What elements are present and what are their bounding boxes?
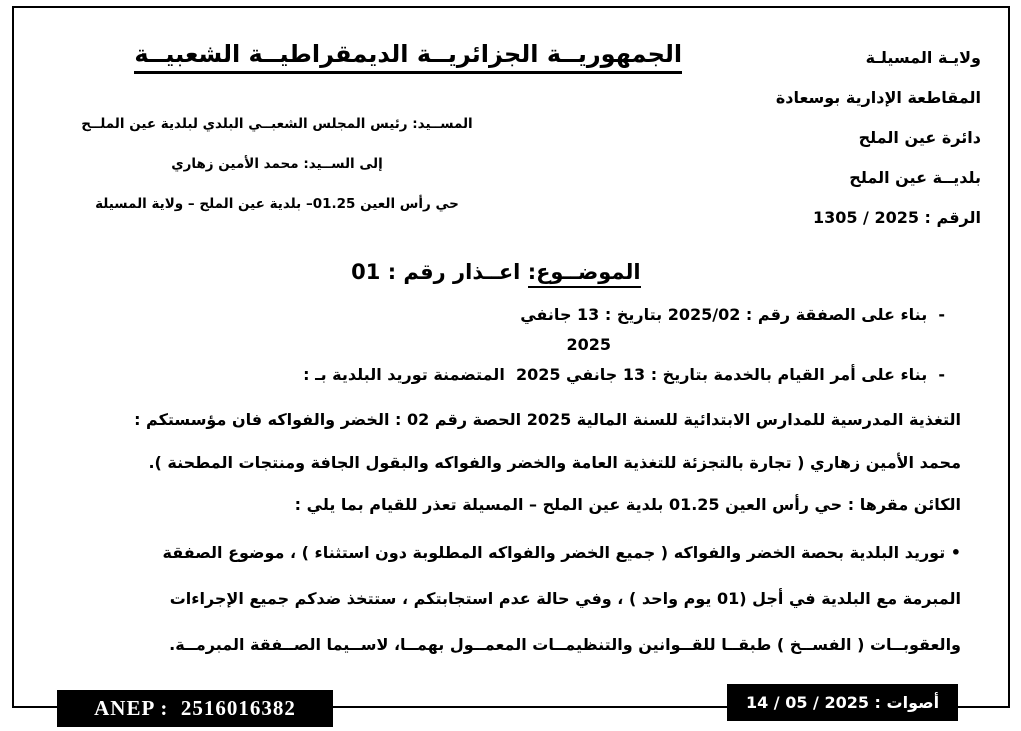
national-republic-title: الجمهوريــة الجزائريــة الديمقراطيــة ال… (134, 40, 682, 74)
obligation-item-line2: المبرمة مع البلدية في أجل (01 يوم واحد )… (56, 584, 961, 614)
commune-line: بلديــة عين الملح (776, 168, 981, 187)
subject-text: اعــذار رقم : 01 (351, 260, 528, 284)
reference-number: الرقم : 2025 / 1305 (776, 208, 981, 227)
supplier-address-paragraph: الكائن مقرها : حي رأس العين 01.25 بلدية … (56, 490, 961, 520)
recipient-line: إلى الســيد: محمد الأمين زهاري (62, 156, 492, 172)
wilaya-line: ولايـة المسيلـة (776, 48, 981, 67)
addressee-block: المســيد: رئيس المجلس الشعبــي البلدي لب… (62, 116, 492, 236)
journal-date-badge: أصوات : 2025 / 05 / 14 (727, 684, 958, 721)
school-feeding-paragraph: التغذية المدرسية للمدارس الابتدائية للسن… (56, 405, 961, 435)
considering-service-order-line: - بناء على أمر القيام بالخدمة بتاريخ : 1… (56, 360, 961, 390)
document-page: الجمهوريــة الجزائريــة الديمقراطيــة ال… (0, 0, 1021, 731)
letter-body: - بناء على الصفقة رقم : 2025/02 بتاريخ :… (56, 292, 961, 660)
district-line: المقاطعة الإدارية بوسعادة (776, 88, 981, 107)
sender-line: المســيد: رئيس المجلس الشعبــي البلدي لب… (62, 116, 492, 132)
subject-label: الموضــوع: (528, 260, 641, 288)
recipient-address: حي رأس العين 01.25– بلدية عين الملح – ول… (62, 196, 492, 212)
obligation-item-line1: • توريد البلدية بحصة الخضر والفواكه ( جم… (56, 538, 961, 568)
considering-contract-line: - بناء على الصفقة رقم : 2025/02 بتاريخ :… (56, 300, 961, 330)
anep-number-badge: ANEP : 2516016382 (57, 690, 333, 727)
obligation-item-line3: والعقوبــات ( الفســخ ) طبقــا للقــواني… (56, 630, 961, 660)
supplier-activity-paragraph: محمد الأمين زهاري ( تجارة بالتجزئة للتغذ… (56, 448, 961, 478)
letterhead-right: ولايـة المسيلـة المقاطعة الإدارية بوسعاد… (776, 48, 981, 248)
considering-contract-line-wrap: 2025 (56, 330, 961, 360)
daira-line: دائرة عين الملح (776, 128, 981, 147)
page-title: الجمهوريــة الجزائريــة الديمقراطيــة ال… (0, 12, 850, 96)
